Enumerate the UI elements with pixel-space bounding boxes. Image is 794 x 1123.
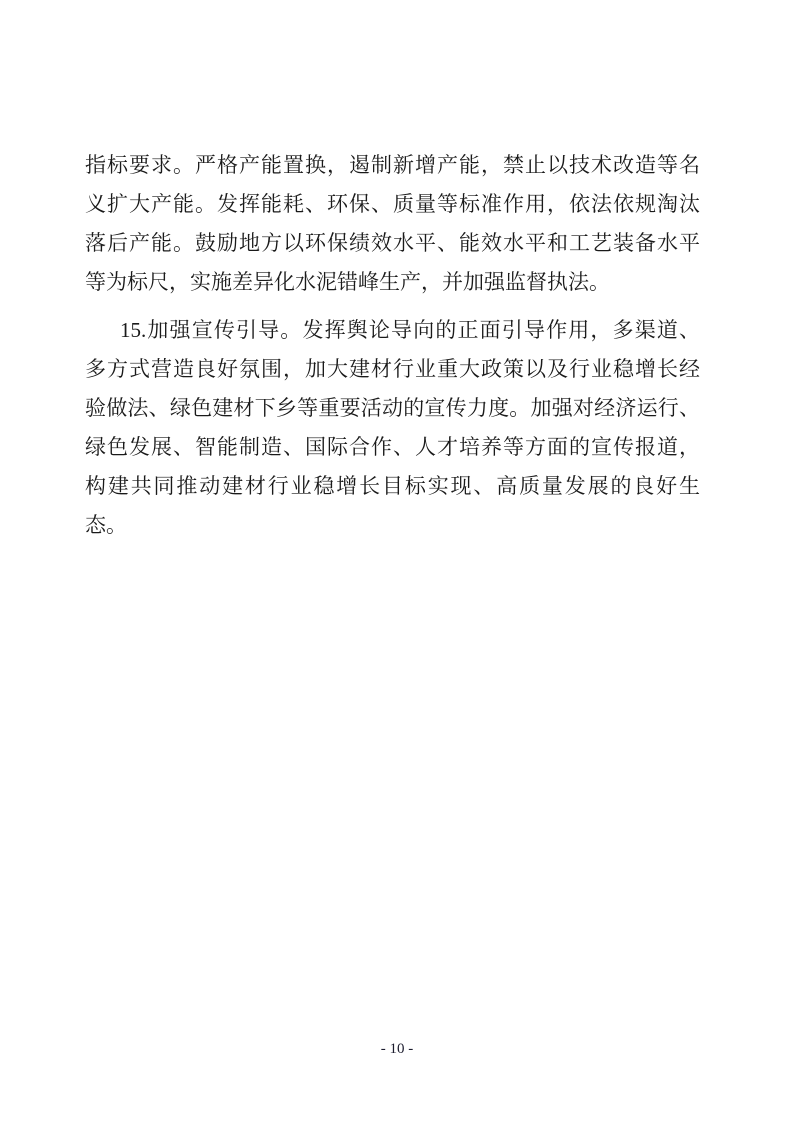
- text-line: 态。: [85, 506, 700, 545]
- text-line: 多方式营造良好氛围，加大建材行业重大政策以及行业稳增长经: [85, 350, 700, 389]
- text-line: 绿色发展、智能制造、国际合作、人才培养等方面的宣传报道，: [85, 428, 700, 467]
- text-line: 构建共同推动建材行业稳增长目标实现、高质量发展的良好生: [85, 467, 700, 506]
- text-line: 验做法、绿色建材下乡等重要活动的宣传力度。加强对经济运行、: [85, 389, 700, 428]
- paragraph-publicity-guidance: 15.加强宣传引导。发挥舆论导向的正面引导作用，多渠道、 多方式营造良好氛围，加…: [85, 311, 700, 545]
- paragraph-capacity-regulation: 指标要求。严格产能置换，遏制新增产能，禁止以技术改造等名 义扩大产能。发挥能耗、…: [85, 146, 700, 302]
- text-line: 义扩大产能。发挥能耗、环保、质量等标准作用，依法依规淘汰: [85, 185, 700, 224]
- document-page: 指标要求。严格产能置换，遏制新增产能，禁止以技术改造等名 义扩大产能。发挥能耗、…: [0, 0, 794, 1123]
- text-line: 指标要求。严格产能置换，遏制新增产能，禁止以技术改造等名: [85, 146, 700, 185]
- text-line: 等为标尺，实施差异化水泥错峰生产，并加强监督执法。: [85, 263, 700, 302]
- page-number: - 10 -: [0, 1040, 794, 1058]
- document-body: 指标要求。严格产能置换，遏制新增产能，禁止以技术改造等名 义扩大产能。发挥能耗、…: [85, 146, 700, 545]
- text-line: 落后产能。鼓励地方以环保绩效水平、能效水平和工艺装备水平: [85, 224, 700, 263]
- text-line: 15.加强宣传引导。发挥舆论导向的正面引导作用，多渠道、: [85, 311, 700, 350]
